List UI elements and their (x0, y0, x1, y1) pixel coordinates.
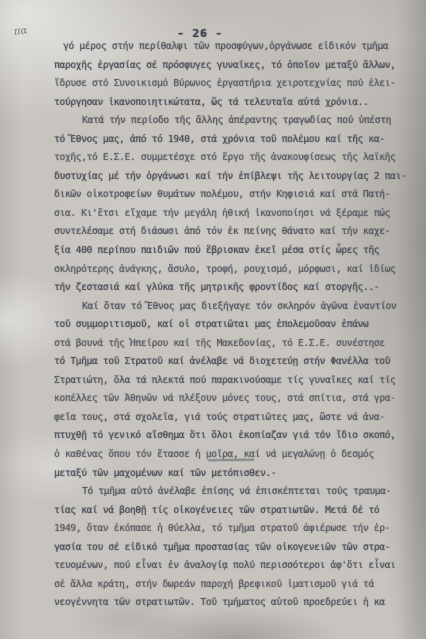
text-line: τήν ζεστασιά καί γλύκα τῆς μητρικῆς φρον… (54, 279, 414, 298)
text-line: στά βουνά τῆς Ἠπείρου καί τῆς Μακεδονίας… (54, 335, 414, 354)
text-line: μεταξύ τῶν μαχομένων καί τῶν μετόπισθεν.… (54, 465, 414, 484)
text-line: συντελέσαμε στή διάσωσι ἀπό τόν ἐκ πείνη… (54, 223, 414, 242)
text-line: ὁ καθένας ὅπου τόν ἔτασσε ἡ μοῖρα, καί ν… (54, 446, 414, 465)
text-line: γασία του σέ εἰδικό τμῆμα προστασίας τῶν… (54, 539, 414, 558)
paragraph: Κατά τήν περίοδο τῆς ἄλλης ἀπέραντης τρα… (54, 112, 414, 297)
text-line: κοπέλλες τῶν Ἀθηνῶν νά πλέξουν μόνες του… (54, 390, 414, 409)
typewritten-text-block: γό μέρος στήν περίθαλψι τῶν προσφύγων,ὀρ… (54, 38, 414, 613)
paragraph: γό μέρος στήν περίθαλψι τῶν προσφύγων,ὀρ… (54, 38, 414, 112)
scanned-page: πα - 26 - γό μέρος στήν περίθαλψι τῶν πρ… (0, 0, 426, 639)
text-line: Τό τμῆμα αὐτό ἀνέλαβε ἐπίσης νά ἐπισκέπτ… (54, 483, 414, 502)
text-line: τό Τμῆμα τοῦ Στρατοῦ καί ἀνέλαβε νά διοχ… (54, 353, 414, 372)
text-line: σέ ἄλλα κράτη, στήν δωρεάν παροχή βρεφικ… (54, 576, 414, 595)
text-line: Κατά τήν περίοδο τῆς ἄλλης ἀπέραντης τρα… (54, 112, 414, 131)
text-line: 1949, ὅταν ἐκόπασε ἡ θύελλα, τό τμῆμα στ… (54, 520, 414, 539)
text-line: παροχῆς ἐργασίας σέ πρόσφυγες γυναῖκες, … (54, 57, 414, 76)
text-line: νεογέννητα τῶν στρατιωτῶν. Τοῦ τμήματος … (54, 594, 414, 613)
text-line: τούργησαν ἱκανοποιητικώτατα, ὥς τά τελευ… (54, 94, 414, 113)
text-line: τοχῆς,τό Ε.Σ.Ε. συμμετέσχε στό ἔργο τῆς … (54, 149, 414, 168)
paragraph: Καί ὅταν τό Ἔθνος μας διεξήγαγε τόν σκλη… (54, 298, 414, 483)
paragraph: Τό τμῆμα αὐτό ἀνέλαβε ἐπίσης νά ἐπισκέπτ… (54, 483, 414, 613)
text-line: σια. Κι'ἔτσι εἴχαμε τήν μεγάλη ἠθική ἱκα… (54, 205, 414, 224)
text-line: τίας καί νά βοηθῇ τίς οἰκογένειες τῶν στ… (54, 502, 414, 521)
text-line: φεῖα τους, στά σχολεῖα, γιά τούς στρατιῶ… (54, 409, 414, 428)
text-line: ξία 400 περίπου παιδιῶν πού ἔβρισκαν ἐκε… (54, 242, 414, 261)
text-line: τευομένων, πού εἶναι ἐν ἀναλογίᾳ πολύ πε… (54, 557, 414, 576)
text-line: ἵδρυσε στό Συνοικισμό Βύρωνος ἐργαστήρια… (54, 75, 414, 94)
text-line: δυστυχίας μέ τήν ὀργάνωσι καί τήν ἐπίβλε… (54, 168, 414, 187)
text-line: γό μέρος στήν περίθαλψι τῶν προσφύγων,ὀρ… (54, 38, 414, 57)
text-line: τό Ἔθνος μας, ἀπό τό 1940, στά χρόνια το… (54, 131, 414, 150)
text-line: Καί ὅταν τό Ἔθνος μας διεξήγαγε τόν σκλη… (54, 298, 414, 317)
text-line: Στρατιώτη, ὅλα τά πλεκτά πού παρακινούσα… (54, 372, 414, 391)
text-line: πτυχθῇ τό γενικό αἴσθημα ὅτι ὅλοι ἐκοπία… (54, 427, 414, 446)
text-line: τοῦ συμμοριτισμοῦ, καί οἱ στρατιῶται μας… (54, 316, 414, 335)
text-line: σκληρότερης ἀνάγκης, ἄσυλο, τροφή, ρουχι… (54, 261, 414, 280)
text-line: δικῶν οἰκοτροφείων θυμάτων πολέμου, στήν… (54, 186, 414, 205)
